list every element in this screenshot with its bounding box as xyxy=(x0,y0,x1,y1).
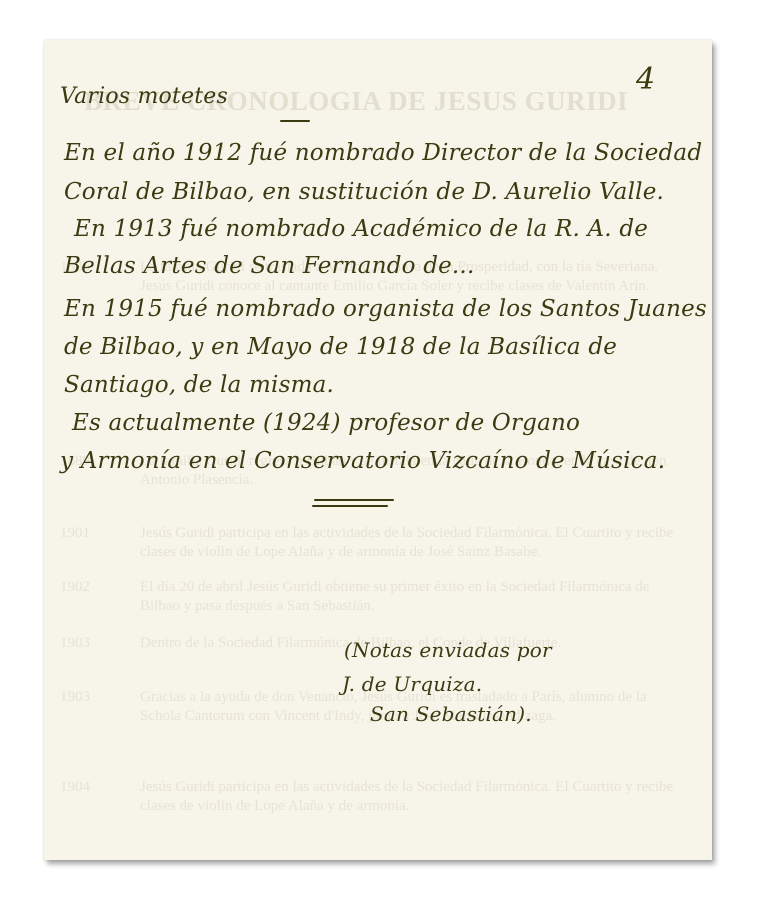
manuscript-line: Es actualmente (1924) profesor de Organo xyxy=(72,410,580,436)
manuscript-line: Coral de Bilbao, en sustitución de D. Au… xyxy=(64,179,664,205)
bleed-text: Jesús Guridi participa en las actividade… xyxy=(140,778,690,816)
bleed-year: 1903 xyxy=(60,634,110,653)
manuscript-line: Bellas Artes de San Fernando de... xyxy=(64,253,474,279)
manuscript-line: En el año 1912 fué nombrado Director de … xyxy=(64,140,702,166)
footnote-line: J. de Urquiza. xyxy=(342,672,482,696)
manuscript-line: En 1915 fué nombrado organista de los Sa… xyxy=(64,296,707,322)
bleed-year: 1903 xyxy=(60,688,110,707)
manuscript-header: Varios motetes xyxy=(60,84,228,109)
bleed-year: 1904 xyxy=(60,778,110,797)
footnote-line: San Sebastián). xyxy=(370,702,532,726)
separator-rule xyxy=(314,499,394,501)
separator-rule xyxy=(312,505,388,507)
bleed-year: 1901 xyxy=(60,524,110,543)
bleed-year: 1902 xyxy=(60,578,110,597)
manuscript-line: y Armonía en el Conservatorio Vizcaíno d… xyxy=(60,448,665,474)
bleed-text: Jesús Guridi participa en las actividade… xyxy=(140,524,690,562)
header-underline xyxy=(280,120,310,122)
manuscript-line: de Bilbao, y en Mayo de 1918 de la Basíl… xyxy=(64,334,617,360)
bleed-text: El día 20 de abril Jesús Guridi obtiene … xyxy=(140,578,690,616)
manuscript-line: Santiago, de la misma. xyxy=(64,372,334,398)
page-number: 4 xyxy=(636,62,655,97)
manuscript-page: BREVE CRONOLOGIA DE JESUS GURIDI 1886 La… xyxy=(44,40,712,860)
manuscript-line: En 1913 fué nombrado Académico de la R. … xyxy=(74,216,648,242)
footnote-line: (Notas enviadas por xyxy=(344,638,552,662)
